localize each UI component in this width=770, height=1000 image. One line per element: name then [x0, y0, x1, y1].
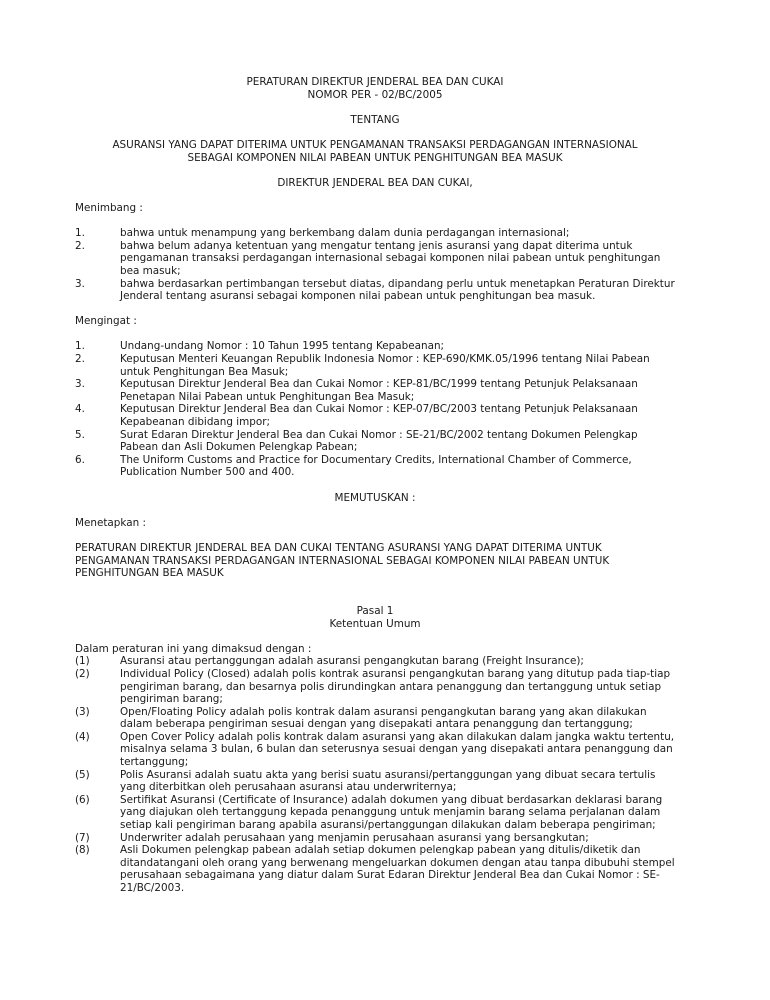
mengingat-label: Mengingat :: [75, 315, 675, 328]
item-number: 2.: [75, 240, 120, 278]
menimbang-list: 1.bahwa untuk menampung yang berkembang …: [75, 227, 675, 303]
item-number: 3.: [75, 278, 120, 303]
list-item: 2.Keputusan Menteri Keuangan Republik In…: [75, 353, 675, 378]
subject-line1: ASURANSI YANG DAPAT DITERIMA UNTUK PENGA…: [45, 139, 705, 152]
item-number: (8): [75, 844, 120, 894]
doc-title-line1: PERATURAN DIREKTUR JENDERAL BEA DAN CUKA…: [75, 76, 675, 89]
list-item: (7)Underwriter adalah perusahaan yang me…: [75, 832, 675, 845]
issuer-heading: DIREKTUR JENDERAL BEA DAN CUKAI,: [75, 177, 675, 190]
list-item: (2)Individual Policy (Closed) adalah pol…: [75, 668, 675, 706]
menetapkan-text: PERATURAN DIREKTUR JENDERAL BEA DAN CUKA…: [75, 542, 675, 580]
document-page: PERATURAN DIREKTUR JENDERAL BEA DAN CUKA…: [75, 76, 675, 895]
item-text: Asli Dokumen pelengkap pabean adalah set…: [120, 844, 675, 894]
definitions-list: (1)Asuransi atau pertanggungan adalah as…: [75, 655, 675, 894]
list-item: (1)Asuransi atau pertanggungan adalah as…: [75, 655, 675, 668]
item-text: Open Cover Policy adalah polis kontrak d…: [120, 731, 675, 769]
item-text: Polis Asuransi adalah suatu akta yang be…: [120, 769, 675, 794]
list-item: (4)Open Cover Policy adalah polis kontra…: [75, 731, 675, 769]
item-text: The Uniform Customs and Practice for Doc…: [120, 454, 675, 479]
item-text: Open/Floating Policy adalah polis kontra…: [120, 706, 675, 731]
item-number: 6.: [75, 454, 120, 479]
menimbang-label: Menimbang :: [75, 202, 675, 215]
mengingat-list: 1.Undang-undang Nomor : 10 Tahun 1995 te…: [75, 340, 675, 479]
pasal-intro: Dalam peraturan ini yang dimaksud dengan…: [75, 643, 675, 656]
list-item: 2.bahwa belum adanya ketentuan yang meng…: [75, 240, 675, 278]
item-text: bahwa berdasarkan pertimbangan tersebut …: [120, 278, 675, 303]
item-text: Asuransi atau pertanggungan adalah asura…: [120, 655, 675, 668]
doc-number: NOMOR PER - 02/BC/2005: [75, 89, 675, 102]
item-text: bahwa belum adanya ketentuan yang mengat…: [120, 240, 675, 278]
item-text: Undang-undang Nomor : 10 Tahun 1995 tent…: [120, 340, 675, 353]
menetapkan-label: Menetapkan :: [75, 517, 675, 530]
item-text: Individual Policy (Closed) adalah polis …: [120, 668, 675, 706]
item-number: 3.: [75, 378, 120, 403]
item-number: 1.: [75, 340, 120, 353]
item-number: (7): [75, 832, 120, 845]
list-item: (5)Polis Asuransi adalah suatu akta yang…: [75, 769, 675, 794]
item-text: Surat Edaran Direktur Jenderal Bea dan C…: [120, 429, 675, 454]
tentang-heading: TENTANG: [75, 114, 675, 127]
item-text: bahwa untuk menampung yang berkembang da…: [120, 227, 675, 240]
list-item: 3.bahwa berdasarkan pertimbangan tersebu…: [75, 278, 675, 303]
item-text: Keputusan Direktur Jenderal Bea dan Cuka…: [120, 403, 675, 428]
list-item: (6)Sertifikat Asuransi (Certificate of I…: [75, 794, 675, 832]
item-text: Keputusan Direktur Jenderal Bea dan Cuka…: [120, 378, 675, 403]
pasal-title: Pasal 1: [75, 605, 675, 618]
item-number: 1.: [75, 227, 120, 240]
item-text: Underwriter adalah perusahaan yang menja…: [120, 832, 675, 845]
list-item: 3.Keputusan Direktur Jenderal Bea dan Cu…: [75, 378, 675, 403]
list-item: (8)Asli Dokumen pelengkap pabean adalah …: [75, 844, 675, 894]
item-number: 2.: [75, 353, 120, 378]
list-item: 4.Keputusan Direktur Jenderal Bea dan Cu…: [75, 403, 675, 428]
item-number: (4): [75, 731, 120, 769]
list-item: 1.bahwa untuk menampung yang berkembang …: [75, 227, 675, 240]
memutuskan-heading: MEMUTUSKAN :: [75, 492, 675, 505]
item-number: (2): [75, 668, 120, 706]
subject-line2: SEBAGAI KOMPONEN NILAI PABEAN UNTUK PENG…: [75, 152, 675, 165]
item-text: Sertifikat Asuransi (Certificate of Insu…: [120, 794, 675, 832]
item-number: 5.: [75, 429, 120, 454]
list-item: (3)Open/Floating Policy adalah polis kon…: [75, 706, 675, 731]
item-number: (1): [75, 655, 120, 668]
item-number: (6): [75, 794, 120, 832]
list-item: 5.Surat Edaran Direktur Jenderal Bea dan…: [75, 429, 675, 454]
pasal-subtitle: Ketentuan Umum: [75, 618, 675, 631]
list-item: 1.Undang-undang Nomor : 10 Tahun 1995 te…: [75, 340, 675, 353]
item-number: 4.: [75, 403, 120, 428]
list-item: 6.The Uniform Customs and Practice for D…: [75, 454, 675, 479]
item-number: (5): [75, 769, 120, 794]
item-text: Keputusan Menteri Keuangan Republik Indo…: [120, 353, 675, 378]
item-number: (3): [75, 706, 120, 731]
